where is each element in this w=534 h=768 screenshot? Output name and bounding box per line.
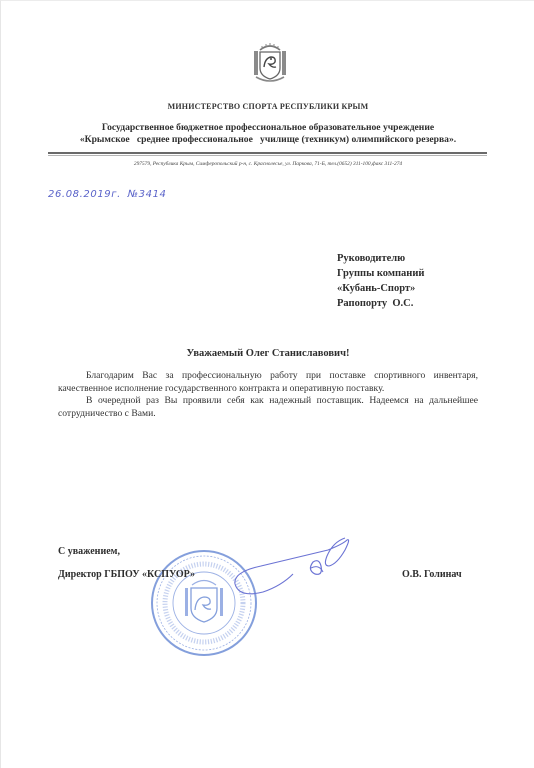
institution-name-line-1: Государственное бюджетное профессиональн… bbox=[1, 122, 534, 133]
letter-reference: 26.08.2019г. №3414 bbox=[48, 189, 167, 200]
ministry-name: МИНИСТЕРСТВО СПОРТА РЕСПУБЛИКИ КРЫМ bbox=[1, 102, 534, 111]
header-rule-thin bbox=[48, 155, 487, 156]
letter-body: Благодарим Вас за профессиональную работ… bbox=[58, 370, 478, 420]
crimea-coat-of-arms-icon bbox=[251, 41, 289, 85]
letter-date: 26.08.2019г. bbox=[48, 189, 121, 200]
recipient-line: «Кубань-Спорт» bbox=[337, 281, 424, 296]
recipient-line: Рапопорту О.С. bbox=[337, 296, 424, 311]
recipient-block: Руководителю Группы компаний «Кубань-Спо… bbox=[337, 251, 424, 311]
closing-regards: С уважением, bbox=[58, 546, 120, 557]
recipient-line: Группы компаний bbox=[337, 266, 424, 281]
header-rule bbox=[48, 152, 487, 154]
body-paragraph: Благодарим Вас за профессиональную работ… bbox=[58, 370, 478, 395]
letter-page: МИНИСТЕРСТВО СПОРТА РЕСПУБЛИКИ КРЫМ Госу… bbox=[0, 0, 534, 768]
salutation: Уважаемый Олег Станиславович! bbox=[1, 348, 534, 359]
body-paragraph: В очередной раз Вы проявили себя как над… bbox=[58, 395, 478, 420]
letter-number: №3414 bbox=[128, 189, 167, 200]
recipient-line: Руководителю bbox=[337, 251, 424, 266]
signatory-name: О.В. Голинач bbox=[402, 569, 462, 580]
signatory-position: Директор ГБПОУ «КСПУОР» bbox=[58, 569, 195, 580]
handwritten-signature-icon bbox=[233, 536, 351, 606]
institution-address: 297579, Республика Крым, Симферопольский… bbox=[1, 161, 534, 167]
institution-name-line-2: «Крымское среднее профессиональное учили… bbox=[1, 134, 534, 145]
